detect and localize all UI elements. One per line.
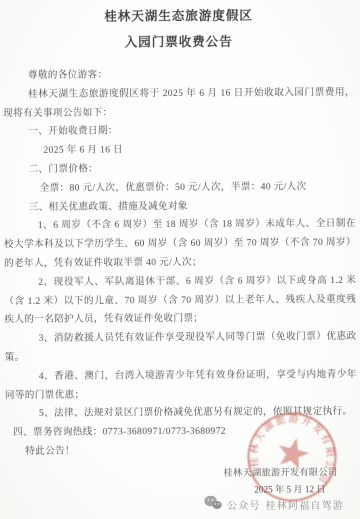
watermark-footer: 公众号 桂林阿福自驾游 [204,495,344,513]
doc-title-line2: 入园门票收费公告 [3,22,355,50]
closing-statement: 特此公告！ [5,441,357,462]
section-2-heading: 二、门票价格： [3,159,355,180]
document-body: 尊敬的各位游客： 桂林天湖生态旅游度假区将于 2025 年 6 月 16 日开始… [3,65,357,462]
policy-item-2: 2、现役军人、军队离退休干部、6 周岁（含 6 周岁）以下或身高 1.2 米（含… [4,272,356,331]
section-1-date: 2025 年 6 月 16 日 [3,140,355,161]
document-content: 桂林天湖生态旅游度假区 入园门票收费公告 尊敬的各位游客： 桂林天湖生态旅游度假… [0,0,360,498]
section-3-heading: 三、相关优惠政策、措施及减免对象 [4,197,356,218]
salutation: 尊敬的各位游客： [3,65,355,86]
footer-account: 桂林阿福自驾游 [266,497,344,512]
doc-title-line1: 桂林天湖生态旅游度假区 [2,0,354,24]
policy-item-1: 1、6 周岁（不含 6 周岁）至 18 周岁（含 18 周岁）未成年人、全日制在… [4,215,356,274]
section-1-heading: 一、开始收费日期： [3,121,355,142]
announcement-page: 桂林天湖生态旅游度假区 入园门票收费公告 尊敬的各位游客： 桂林天湖生态旅游度假… [0,0,360,519]
signature-company: 桂林天湖旅游开发有限公司 [5,466,357,481]
section-2-prices: 全票：80 元/人次，优惠票价：50 元/人次，半票：40 元/人次 [4,178,356,199]
policy-item-5: 5、法律、法规对景区门票价格减免优惠另有规定的，依照其规定执行。 [5,403,357,424]
policy-item-4: 4、香港、澳门，台湾入境游青少年凭有效身份证明，享受与内地青少年同等的门票优惠； [5,366,357,406]
policy-item-3: 3、消防救援人员凭有效证件享受现役军人同等门票（免收门票）优惠政策。 [4,328,356,368]
section-4-hotline: 四、票务咨询热线：0773-3680971/0773-3680972 [5,422,357,443]
intro-paragraph: 桂林天湖生态旅游度假区将于 2025 年 6 月 16 日开始收取入园门票费用，… [3,84,355,124]
footer-label: 公众号 [227,497,261,512]
wechat-icon [204,495,222,513]
